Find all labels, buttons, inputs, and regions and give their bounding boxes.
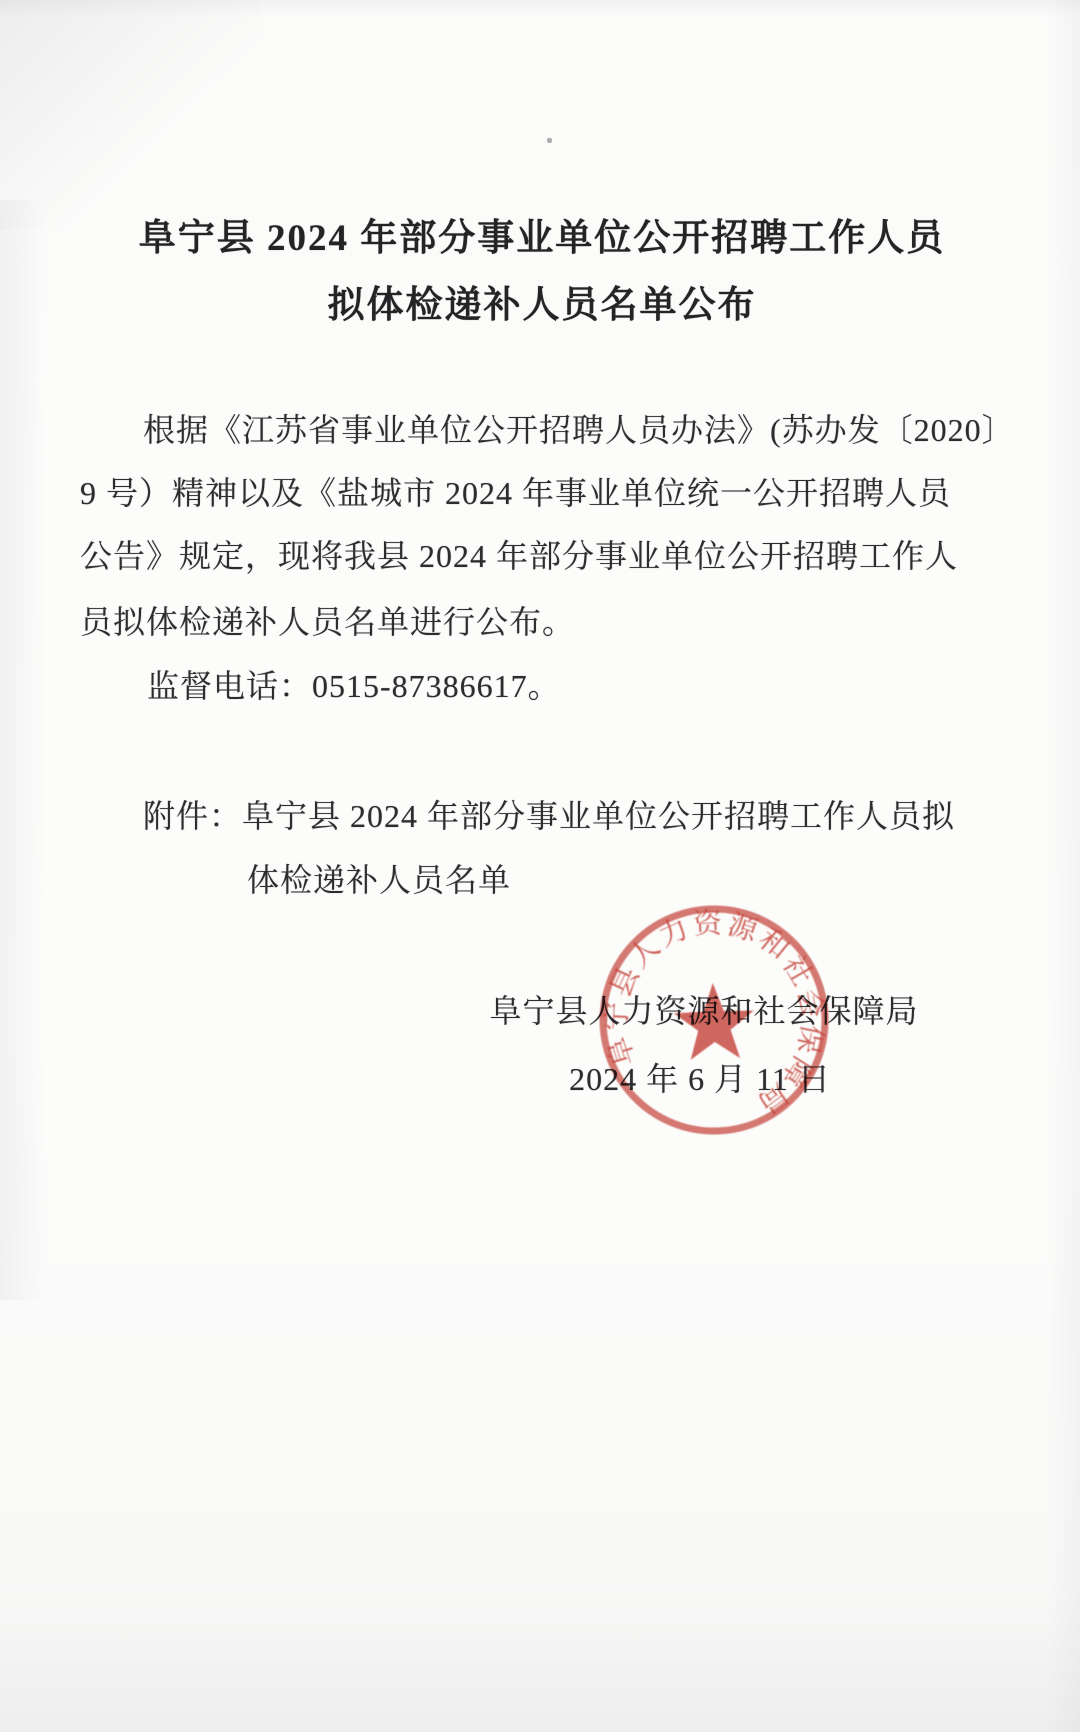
paragraph-line-4: 员拟体检递补人员名单进行公布。	[80, 597, 575, 643]
official-seal: 阜宁县人力资源和社会保障局	[591, 896, 837, 1142]
scan-speck	[547, 138, 552, 143]
document-title-line-2: 拟体检递补人员名单公布	[328, 274, 757, 328]
document-title-line-1: 阜宁县 2024 年部分事业单位公开招聘工作人员	[139, 207, 946, 261]
attachment-line-1: 附件：阜宁县 2024 年部分事业单位公开招聘工作人员拟	[143, 791, 955, 837]
attachment-line-2: 体检递补人员名单	[247, 855, 511, 901]
paragraph-line-2: 9 号）精神以及《盐城市 2024 年事业单位统一公开招聘人员	[80, 468, 951, 514]
paragraph-line-1: 根据《江苏省事业单位公开招聘人员办法》(苏办发〔2020〕	[143, 405, 1015, 451]
document-page: 阜宁县 2024 年部分事业单位公开招聘工作人员 拟体检递补人员名单公布 根据《…	[0, 0, 1080, 1732]
scan-shadow-top-left	[0, 0, 260, 230]
seal-star-icon	[673, 982, 755, 1061]
paragraph-line-3: 公告》规定，现将我县 2024 年部分事业单位公开招聘工作人	[80, 531, 958, 577]
scan-shadow-left-edge	[0, 200, 46, 1300]
scan-shadow-right-edge	[1046, 0, 1080, 1732]
scan-shadow-bottom	[0, 1582, 1080, 1732]
supervision-phone-line: 监督电话：0515-87386617。	[147, 661, 561, 707]
